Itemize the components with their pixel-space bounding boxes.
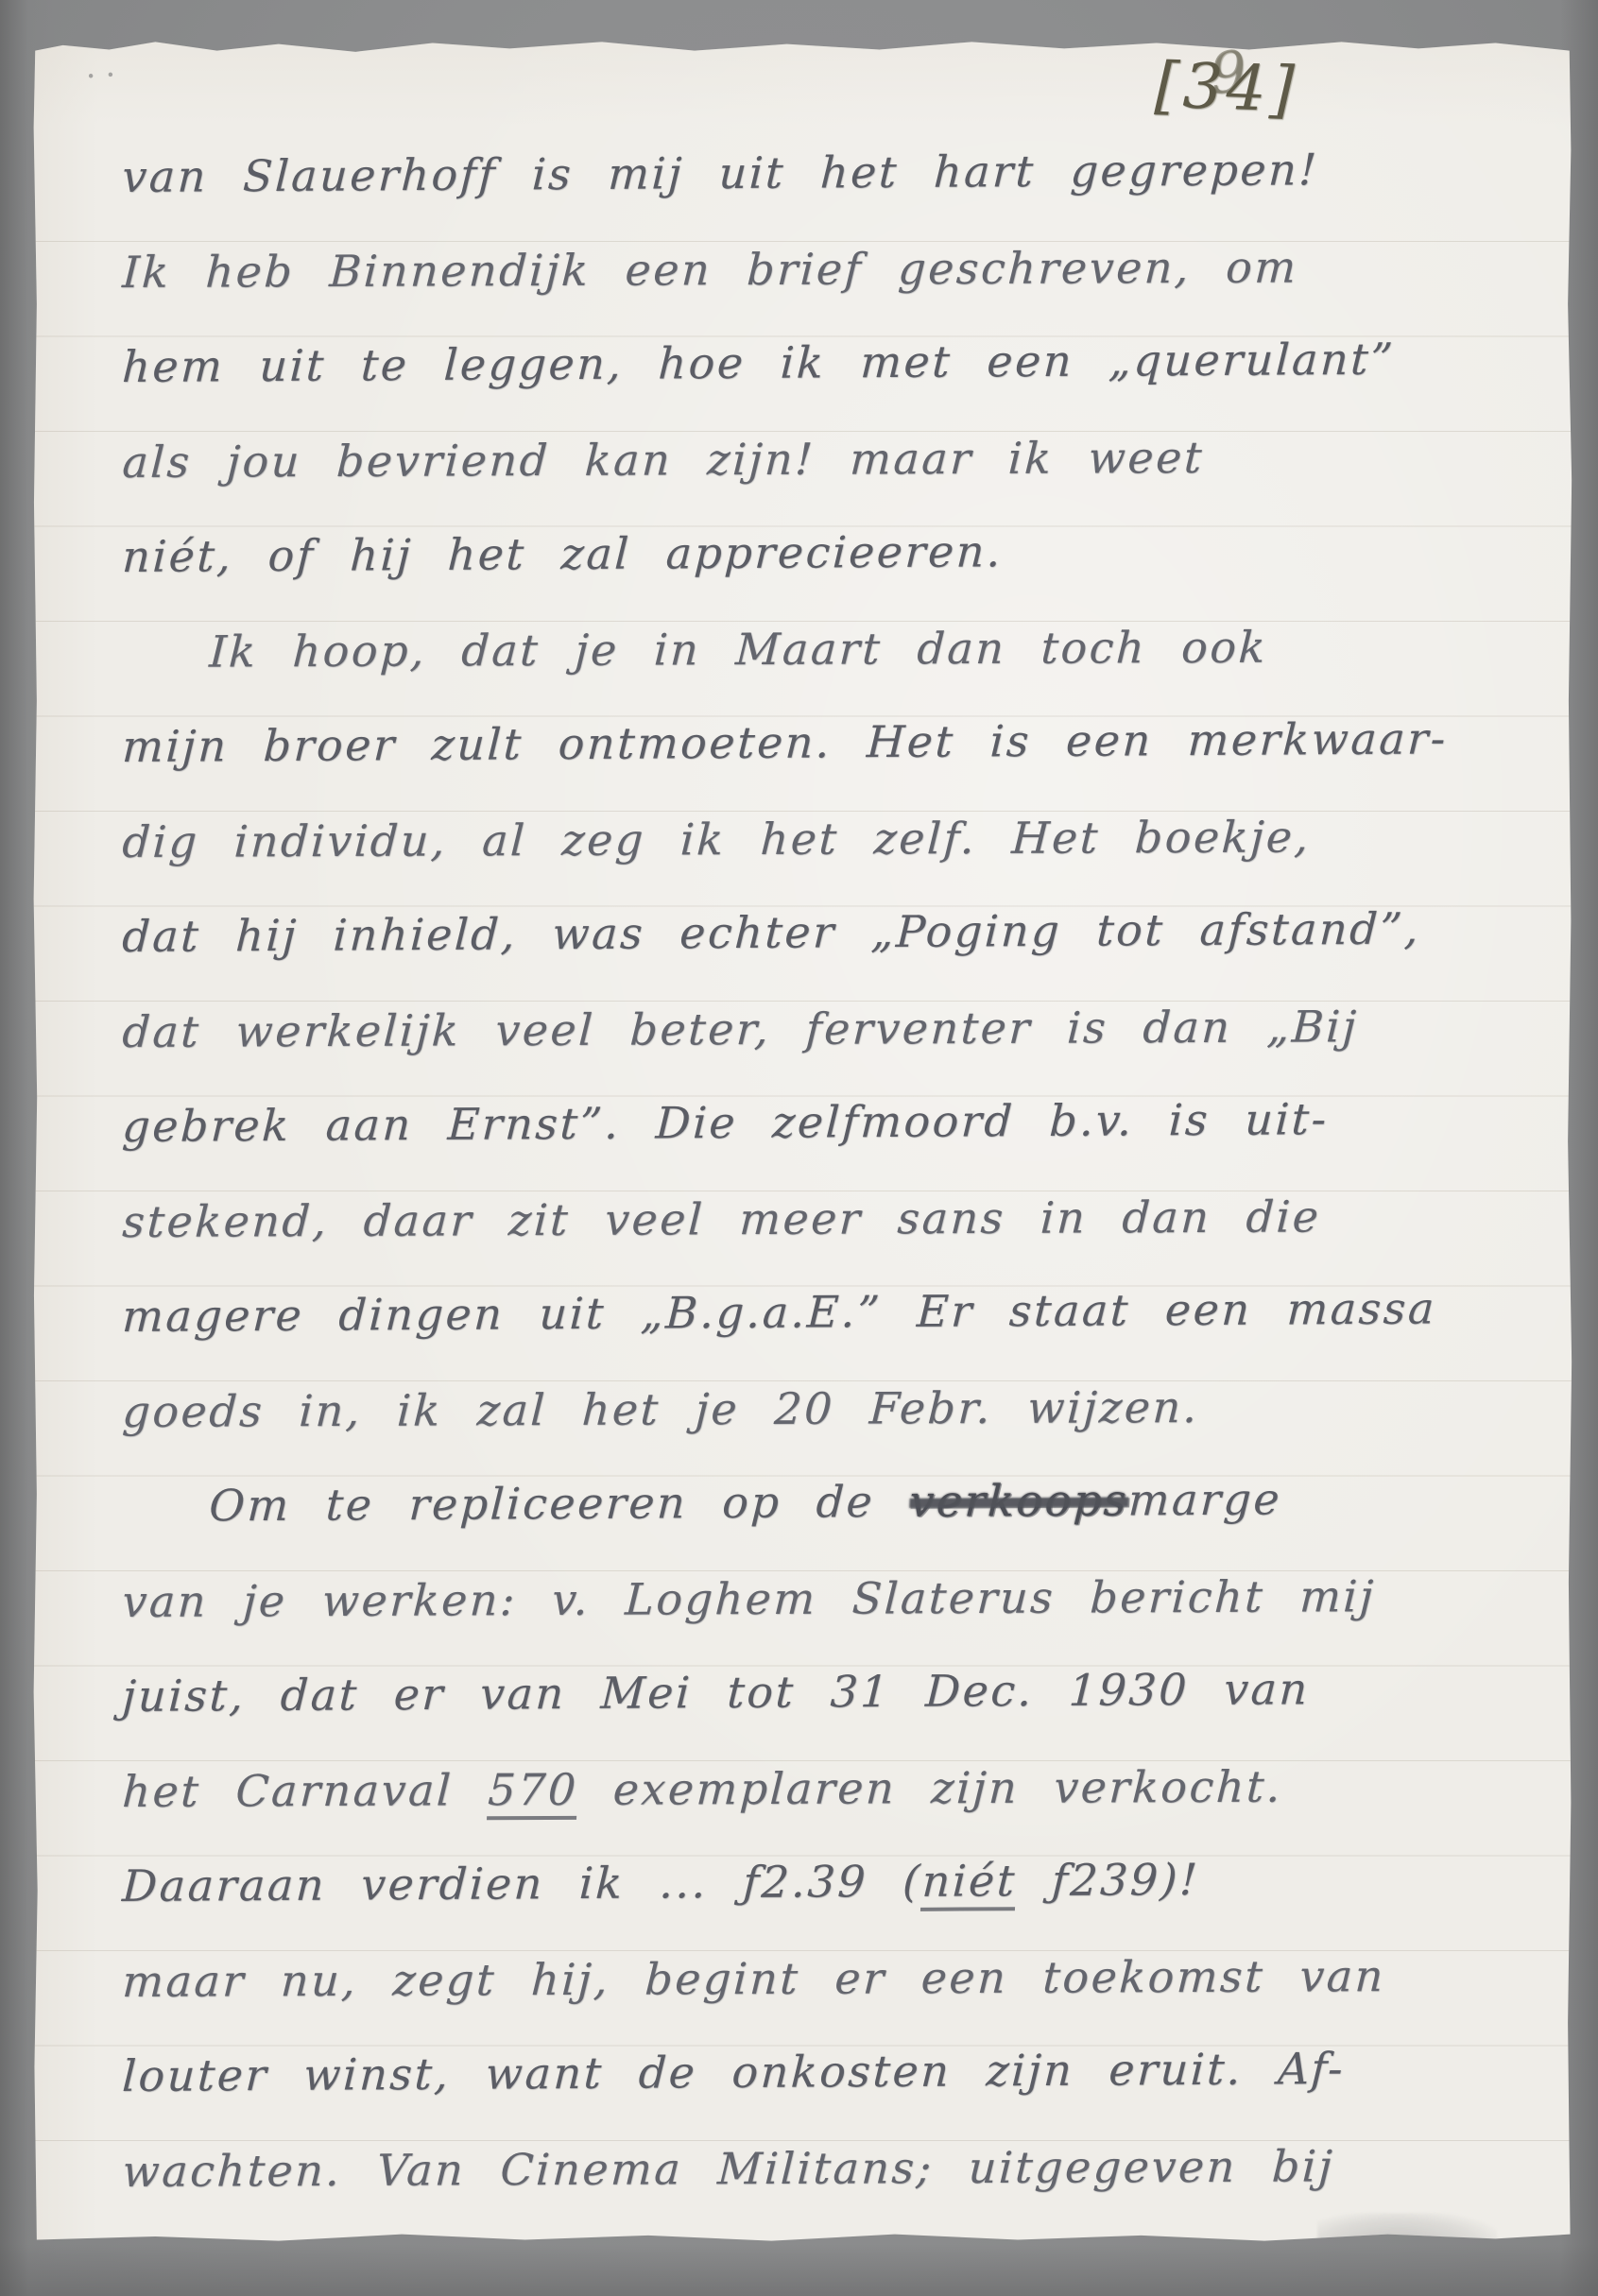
handwriting-line-13: magere dingen uit „B.g.a.E.” Er staat ee…	[119, 1282, 1555, 1386]
handwriting-line-4: als jou bevriend kan zijn! maar ik weet	[119, 430, 1555, 531]
handwriting-line-12: stekend, daar zit veel meer sans in dan …	[119, 1190, 1555, 1291]
text-segment-underline: 570	[487, 1763, 579, 1819]
handwriting-line-10: dat werkelijk veel beter, ferventer is d…	[119, 1000, 1555, 1101]
text-segment: gebrek aan Ernst”. Die zelfmoord b.v. is…	[121, 1093, 1330, 1152]
text-segment: ƒ239)!	[1016, 1854, 1201, 1906]
text-segment: als jou bevriend kan zijn! maar ik weet	[121, 431, 1205, 487]
handwriting-line-14: goeds in, ik zal het je 20 Febr. wijzen.	[119, 1379, 1555, 1481]
handwriting-line-17: juist, dat er van Mei tot 31 Dec. 1930 v…	[119, 1662, 1555, 1766]
handwriting-line-7: mijn broer zult ontmoeten. Het is een me…	[119, 712, 1555, 816]
text-segment: dat werkelijk veel beter, ferventer is d…	[121, 1001, 1359, 1057]
text-segment: van je werken: v. Loghem Slaterus berich…	[121, 1570, 1377, 1627]
handwriting-line-15: Om te repliceeren op de verkoopsmarge	[119, 1472, 1555, 1576]
letter-page: .. [34] 9 van Slauerhoff is mij uit het …	[32, 40, 1572, 2243]
text-segment: hem uit te leggen, hoe ik met een „queru…	[121, 334, 1396, 392]
text-segment: maar nu, zegt hij, begint er een toekoms…	[121, 1950, 1386, 2007]
text-segment: juist, dat er van Mei tot 31 Dec. 1930 v…	[121, 1663, 1311, 1722]
handwriting-line-20: maar nu, zegt hij, begint er een toekoms…	[119, 1949, 1555, 2050]
handwriting-line-19: Daaraan verdien ik ... ƒ2.39 (niét ƒ239)…	[119, 1852, 1555, 1956]
handwriting-line-8: dig individu, al zeg ik het zelf. Het bo…	[119, 810, 1555, 911]
text-segment: Daaraan verdien ik ... ƒ2.39 (	[121, 1856, 923, 1911]
text-segment: marge	[1127, 1473, 1283, 1525]
handwriting-line-3: hem uit te leggen, hoe ik met een „queru…	[119, 333, 1555, 437]
handwriting-line-1: van Slauerhoff is mij uit het hart gegre…	[119, 143, 1555, 247]
text-segment: niét, of hij het zal apprecieeren.	[121, 525, 1004, 582]
text-segment: louter winst, want de onkosten zijn erui…	[121, 2043, 1346, 2101]
stray-pencil-marks: ..	[84, 46, 126, 87]
text-segment: mijn broer zult ontmoeten. Het is een me…	[121, 712, 1449, 772]
text-segment: magere dingen uit „B.g.a.E.” Er staat ee…	[121, 1282, 1437, 1342]
text-segment: wachten. Van Cinema Militans; uitgegeven…	[121, 2140, 1335, 2197]
page-number-annotation: [34] 9	[1154, 48, 1299, 126]
text-segment: Ik hoop, dat je in Maart dan toch ook	[208, 621, 1268, 677]
handwriting-line-2: Ik heb Binnendijk een brief geschreven, …	[119, 240, 1555, 341]
text-segment: Om te repliceeren op de	[208, 1476, 911, 1532]
text-segment-underline: niét	[920, 1855, 1018, 1911]
text-segment: dig individu, al zeg ik het zelf. Het bo…	[121, 811, 1312, 866]
handwriting-line-11: gebrek aan Ernst”. Die zelfmoord b.v. is…	[119, 1092, 1555, 1196]
text-segment: stekend, daar zit veel meer sans in dan …	[121, 1191, 1322, 1247]
handwritten-text-body: van Slauerhoff is mij uit het hart gegre…	[119, 151, 1550, 2240]
text-segment-scribbled: verkoops	[908, 1474, 1129, 1526]
handwriting-line-18: het Carnaval 570 exemplaren zijn verkoch…	[119, 1759, 1555, 1860]
text-segment: goeds in, ik zal het je 20 Febr. wijzen.	[121, 1381, 1200, 1437]
text-segment: Ik heb Binnendijk een brief geschreven, …	[121, 241, 1299, 297]
text-segment: het Carnaval	[121, 1764, 489, 1817]
text-segment: van Slauerhoff is mij uit het hart gegre…	[121, 144, 1319, 202]
handwriting-line-6: Ik hoop, dat je in Maart dan toch ook	[119, 620, 1555, 721]
handwriting-line-5: niét, of hij het zal apprecieeren.	[119, 523, 1555, 626]
handwriting-line-9: dat hij inhield, was echter „Poging tot …	[119, 902, 1555, 1006]
text-segment: dat hij inhield, was echter „Poging tot …	[121, 903, 1421, 962]
text-segment: exemplaren zijn verkocht.	[576, 1760, 1283, 1814]
handwriting-line-21: louter winst, want de onkosten zijn erui…	[119, 2042, 1555, 2146]
handwriting-line-16: van je werken: v. Loghem Slaterus berich…	[119, 1569, 1555, 1671]
